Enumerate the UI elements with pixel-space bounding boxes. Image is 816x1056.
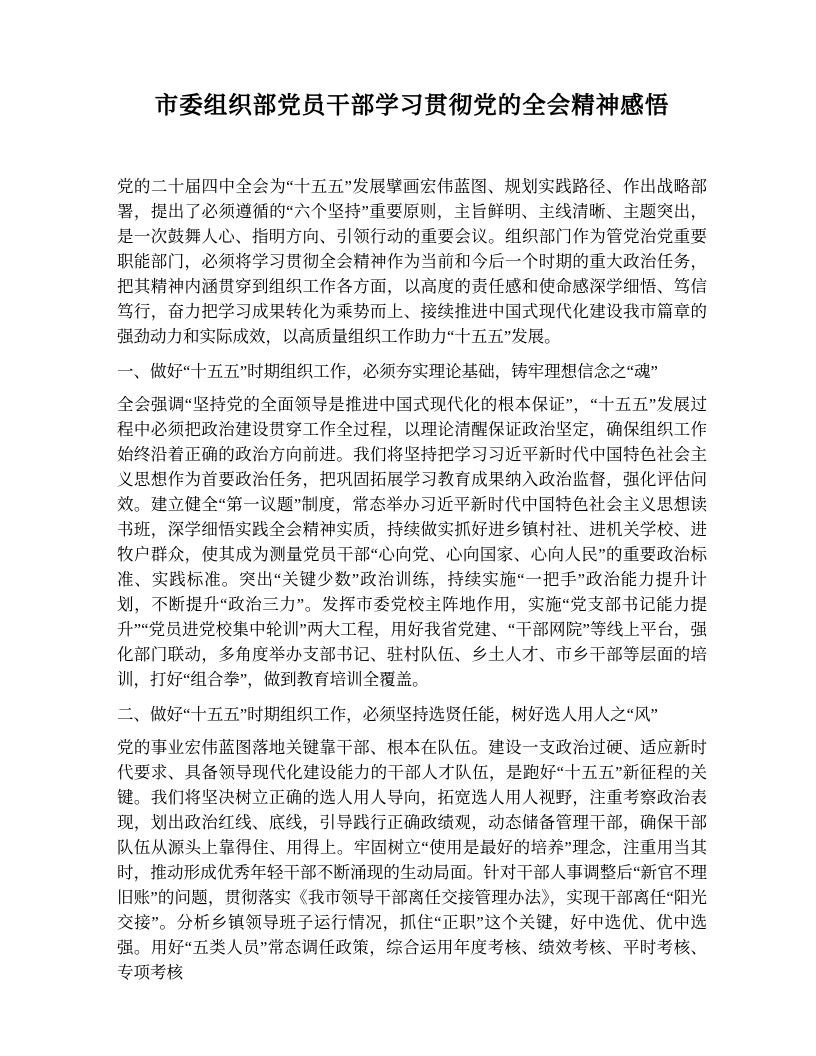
paragraph-section-2: 党的事业宏伟蓝图落地关键靠干部、根本在队伍。建设一支政治过硬、适应新时代要求、具… — [117, 735, 707, 985]
paragraph-section-1: 全会强调“坚持党的全面领导是推进中国式现代化的根本保证”，“十五五”发展过程中必… — [117, 392, 707, 692]
section-heading-2: 二、做好“十五五”时期组织工作，必须坚持选贤任能，树好选人用人之“风” — [117, 702, 707, 727]
paragraph-intro: 党的二十届四中全会为“十五五”发展擘画宏伟蓝图、规划实践路径、作出战略部署，提出… — [117, 174, 707, 349]
document-title: 市委组织部党员干部学习贯彻党的全会精神感悟 — [117, 90, 707, 122]
section-heading-1: 一、做好“十五五”时期组织工作，必须夯实理论基础，铸牢理想信念之“魂” — [117, 359, 707, 384]
document-page: 市委组织部党员干部学习贯彻党的全会精神感悟 党的二十届四中全会为“十五五”发展擘… — [0, 0, 816, 1056]
